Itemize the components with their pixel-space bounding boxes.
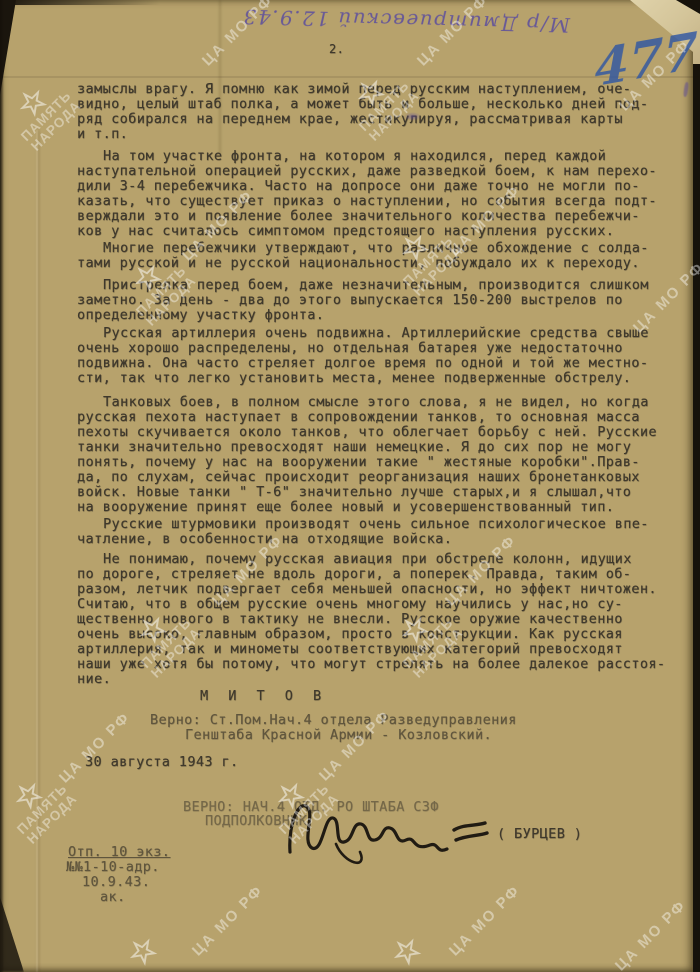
handwritten-signature <box>278 790 513 868</box>
typed-paragraph: Не понимаю, почему русская авиация при о… <box>77 552 681 687</box>
footer-addressees: №№1-10-адр. <box>66 859 160 875</box>
paper-crease <box>36 130 38 972</box>
certification-line: Верно: Ст.Пом.Нач.4 отдела Разведуправле… <box>150 712 517 728</box>
typed-paragraph: Русские штурмовики производят очень силь… <box>77 517 681 547</box>
typed-paragraph: замыслы врагу. Я помню как зимой перед р… <box>77 82 681 142</box>
footer-initials: ак. <box>100 889 126 905</box>
author-name: М И Т О В <box>200 688 327 704</box>
footer-date: 10.9.43. <box>82 874 150 890</box>
typed-paragraph: Русская артиллерия очень подвижна. Артил… <box>77 326 681 386</box>
document-date: 30 августа 1943 г. <box>85 754 239 770</box>
scan-edge <box>0 0 160 5</box>
typed-paragraph: Пристрелка перед боем, даже незначительн… <box>77 278 681 323</box>
typed-paragraph: На том участке фронта, на котором я нахо… <box>77 149 681 239</box>
document-scan-page: М/р Дмитриевский 12.9.43 477 2. замыслы … <box>0 0 700 972</box>
certification-line: Генштаба Красной Армии - Козловский. <box>185 727 492 743</box>
typed-paragraph: Танковых боев, в полном смысле этого сло… <box>77 395 681 515</box>
scan-edge <box>0 0 4 972</box>
ink-blot <box>404 112 421 121</box>
footer-copies: Отп. 10 экз. <box>68 844 170 860</box>
typed-paragraph: Многие перебежчики утверждают, что разли… <box>77 241 681 271</box>
page-number: 2. <box>329 42 344 56</box>
